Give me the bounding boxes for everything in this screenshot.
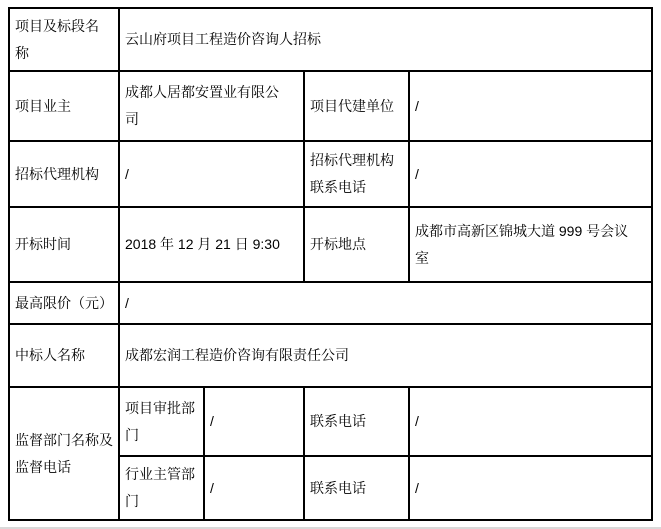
opening-time-value: 2018 年 12 月 21 日 9:30 bbox=[119, 207, 304, 282]
owner-value: 成都人居都安置业有限公 司 bbox=[119, 71, 304, 141]
row-winner: 中标人名称 成都宏润工程造价咨询有限责任公司 bbox=[9, 324, 652, 387]
agency-phone-label: 招标代理机构 联系电话 bbox=[304, 141, 409, 207]
winner-label: 中标人名称 bbox=[9, 324, 119, 387]
max-price-value: / bbox=[119, 282, 652, 324]
supervision-label: 监督部门名称及 监督电话 bbox=[9, 387, 119, 520]
row-owner: 项目业主 成都人居都安置业有限公 司 项目代建单位 / bbox=[9, 71, 652, 141]
bid-announcement-document: 项目及标段名 称 云山府项目工程造价咨询人招标 项目业主 成都人居都安置业有限公… bbox=[8, 7, 651, 521]
approval-dept-label: 项目审批部 门 bbox=[119, 387, 204, 456]
project-name-label: 项目及标段名 称 bbox=[9, 8, 119, 71]
industry-dept-value: / bbox=[204, 456, 304, 520]
max-price-label: 最高限价（元） bbox=[9, 282, 119, 324]
project-name-value: 云山府项目工程造价咨询人招标 bbox=[119, 8, 652, 71]
owner-label: 项目业主 bbox=[9, 71, 119, 141]
bid-info-table: 项目及标段名 称 云山府项目工程造价咨询人招标 项目业主 成都人居都安置业有限公… bbox=[8, 7, 653, 521]
agent-construction-unit-label: 项目代建单位 bbox=[304, 71, 409, 141]
industry-dept-label: 行业主管部 门 bbox=[119, 456, 204, 520]
agent-construction-unit-value: / bbox=[409, 71, 652, 141]
opening-place-value: 成都市高新区锦城大道 999 号会议 室 bbox=[409, 207, 652, 282]
winner-value: 成都宏润工程造价咨询有限责任公司 bbox=[119, 324, 652, 387]
industry-phone-label: 联系电话 bbox=[304, 456, 409, 520]
row-agency: 招标代理机构 / 招标代理机构 联系电话 / bbox=[9, 141, 652, 207]
approval-dept-value: / bbox=[204, 387, 304, 456]
agency-value: / bbox=[119, 141, 304, 207]
agency-label: 招标代理机构 bbox=[9, 141, 119, 207]
row-max-price: 最高限价（元） / bbox=[9, 282, 652, 324]
opening-place-label: 开标地点 bbox=[304, 207, 409, 282]
row-project-name: 项目及标段名 称 云山府项目工程造价咨询人招标 bbox=[9, 8, 652, 71]
row-opening: 开标时间 2018 年 12 月 21 日 9:30 开标地点 成都市高新区锦城… bbox=[9, 207, 652, 282]
approval-phone-value: / bbox=[409, 387, 652, 456]
row-supervision-1: 监督部门名称及 监督电话 项目审批部 门 / 联系电话 / bbox=[9, 387, 652, 456]
opening-time-label: 开标时间 bbox=[9, 207, 119, 282]
industry-phone-value: / bbox=[409, 456, 652, 520]
agency-phone-value: / bbox=[409, 141, 652, 207]
approval-phone-label: 联系电话 bbox=[304, 387, 409, 456]
